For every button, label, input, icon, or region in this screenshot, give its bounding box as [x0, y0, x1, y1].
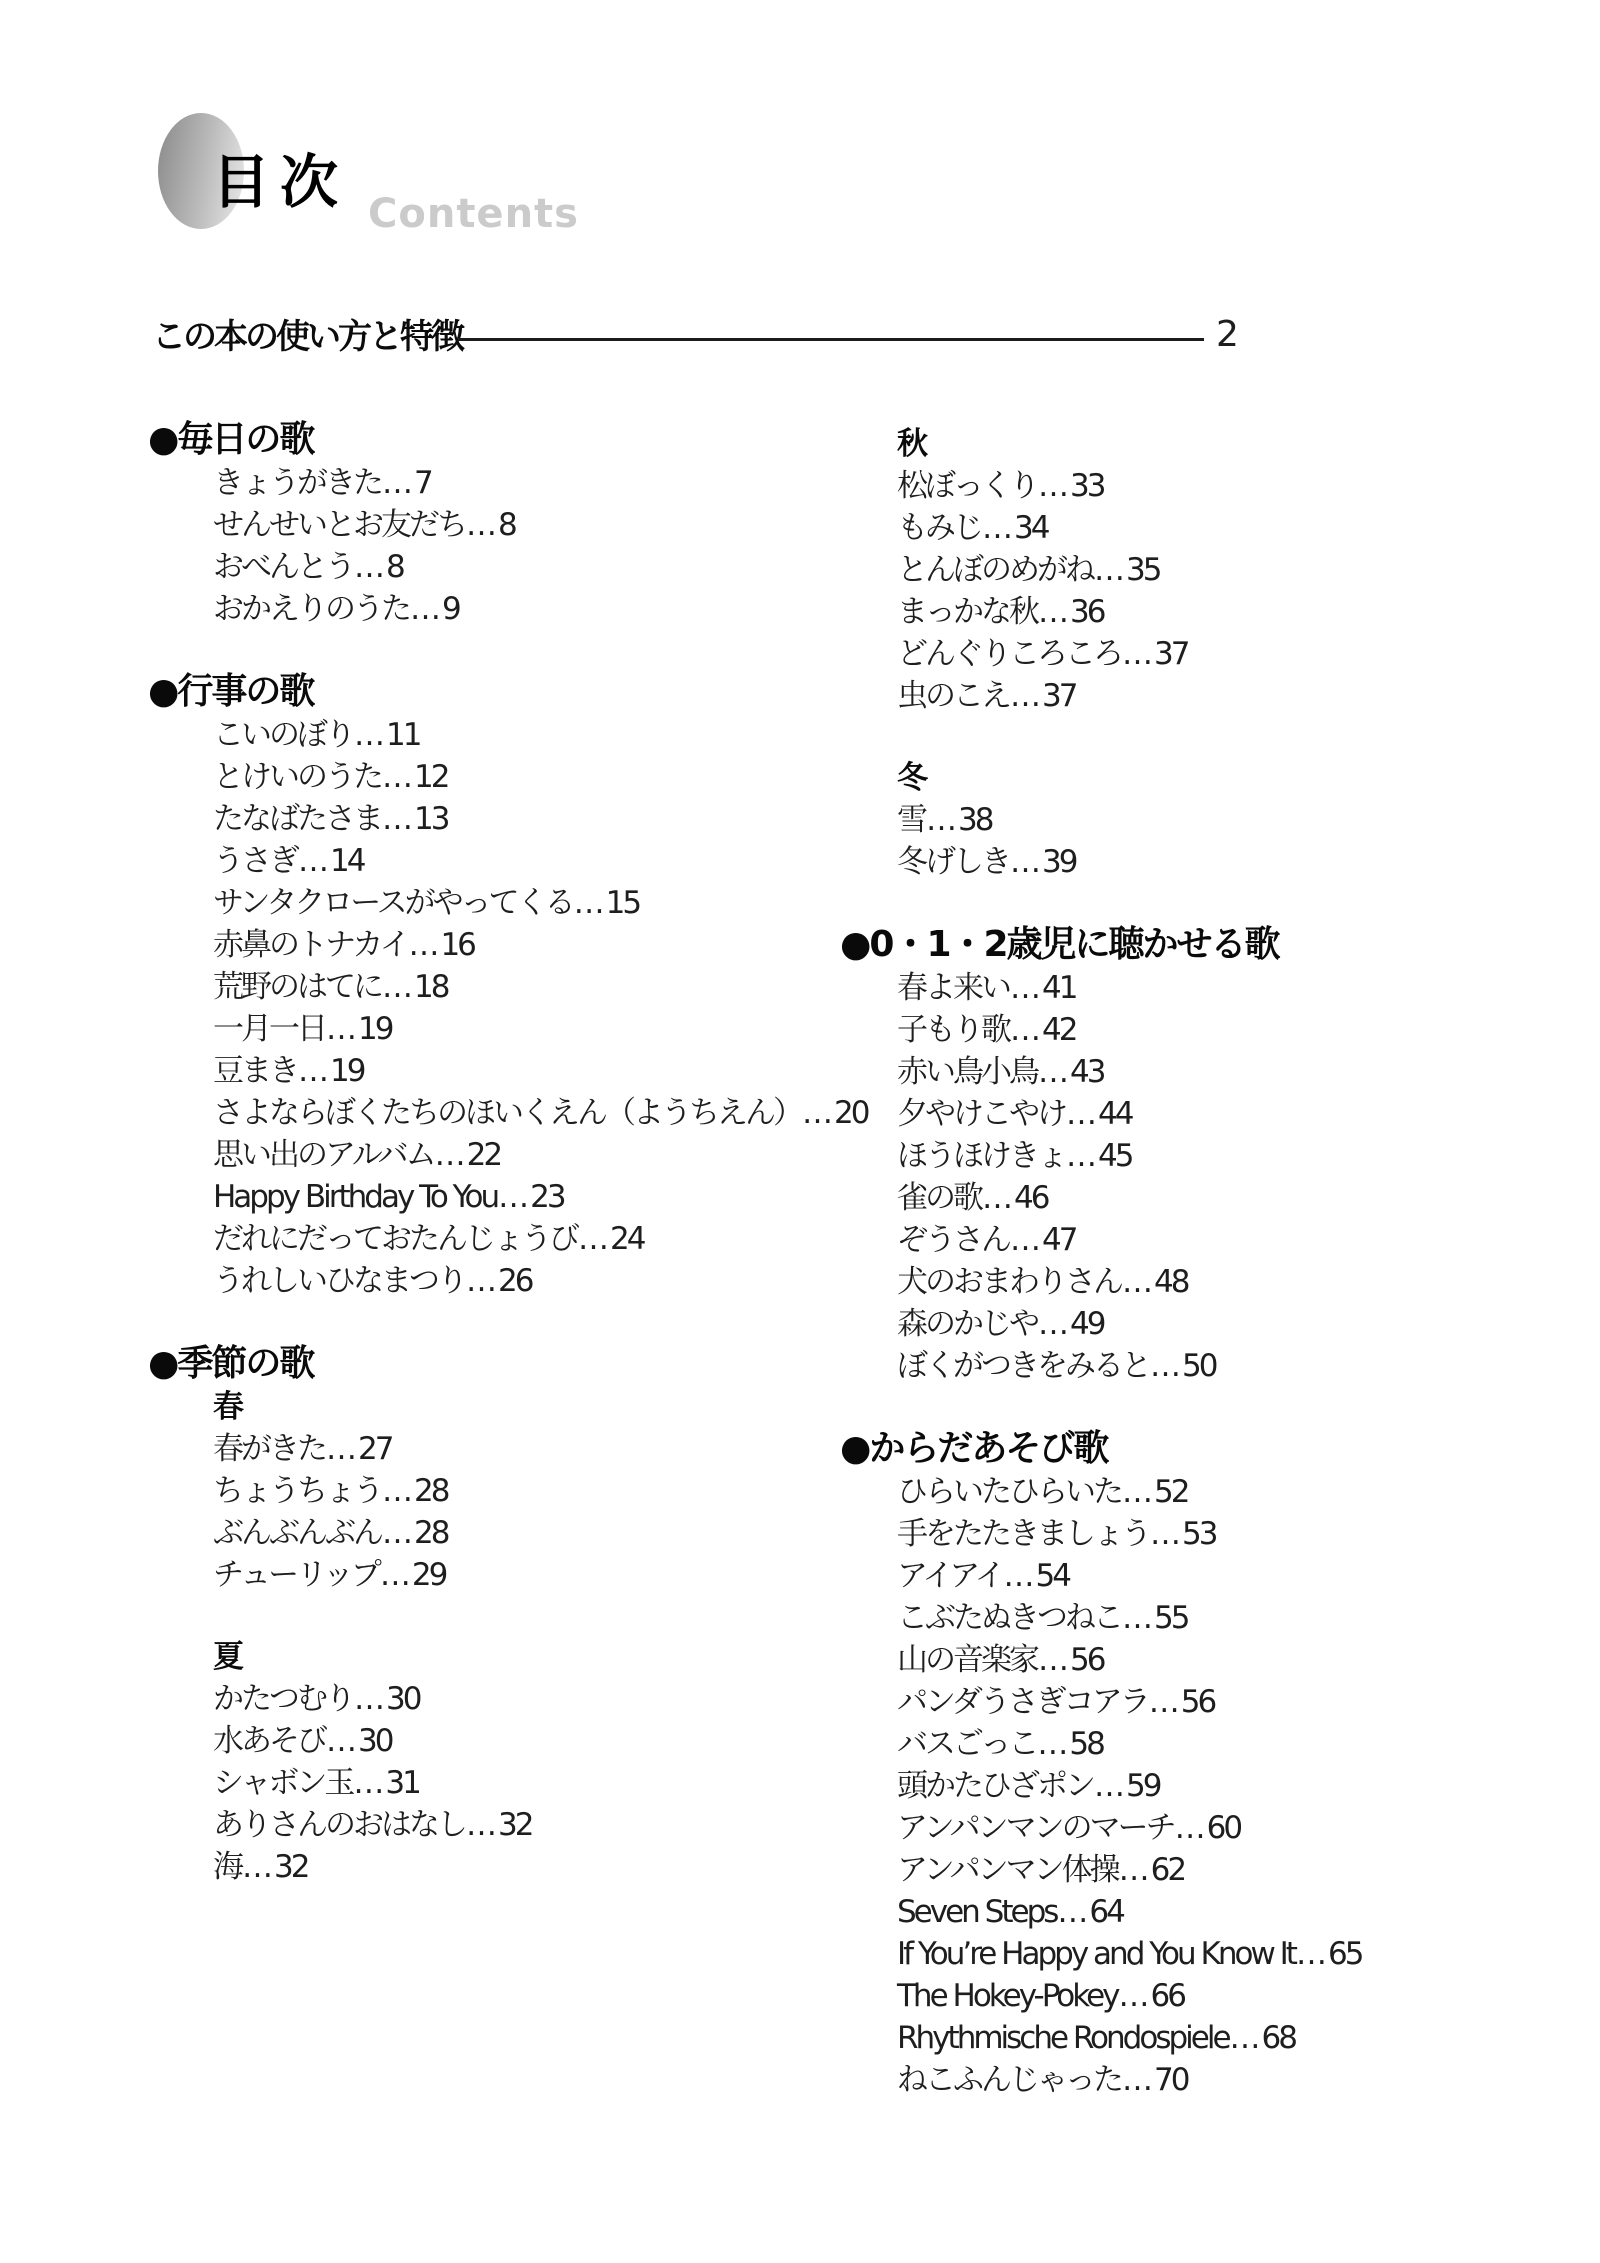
- ellipsis-separator: …: [382, 759, 413, 795]
- toc-entry: バスごっこ…58: [897, 1723, 1550, 1765]
- song-title: 海: [213, 1849, 241, 1885]
- ellipsis-separator: …: [1010, 1012, 1041, 1048]
- song-page-number: 8: [386, 549, 403, 585]
- toc-entry: ひらいたひらいた…52: [897, 1471, 1550, 1513]
- section-heading: ●毎日の歌: [148, 418, 858, 462]
- ellipsis-separator: …: [1119, 1852, 1150, 1888]
- song-page-number: 64: [1089, 1894, 1122, 1930]
- ellipsis-separator: …: [326, 1723, 357, 1759]
- toc-entry: きょうがきた…7: [213, 462, 858, 504]
- ellipsis-separator: …: [1175, 1810, 1206, 1846]
- song-page-number: 54: [1036, 1558, 1069, 1594]
- toc-entry: 手をたたきましょう…53: [897, 1513, 1550, 1555]
- ellipsis-separator: …: [354, 549, 385, 585]
- song-title: Seven Steps: [897, 1894, 1056, 1930]
- song-title: 冬げしき: [897, 844, 1009, 880]
- song-page-number: 52: [1154, 1474, 1187, 1510]
- song-title: こいのぼり: [213, 717, 353, 753]
- ellipsis-separator: …: [1057, 1894, 1088, 1930]
- season-subheading: 冬: [897, 757, 1550, 799]
- song-title: 夕やけこやけ: [897, 1096, 1065, 1132]
- ellipsis-separator: …: [982, 510, 1013, 546]
- song-page-number: 32: [498, 1807, 531, 1843]
- ellipsis-separator: …: [354, 1681, 385, 1717]
- song-page-number: 35: [1126, 552, 1159, 588]
- ellipsis-separator: …: [578, 1221, 609, 1257]
- song-title: うさぎ: [213, 843, 297, 879]
- ellipsis-separator: …: [498, 1179, 529, 1215]
- toc-entry: 荒野のはてに…18: [213, 966, 858, 1008]
- toc-entry: Rhythmische Rondospiele…68: [897, 2017, 1550, 2059]
- toc-entry: 虫のこえ…37: [897, 675, 1550, 717]
- song-title: ぞうさん: [897, 1222, 1009, 1258]
- toc-entry: うれしいひなまつり…26: [213, 1260, 858, 1302]
- song-title: 春よ来い: [897, 970, 1009, 1006]
- song-page-number: 30: [386, 1681, 419, 1717]
- song-title: せんせいとお友だち: [213, 507, 465, 543]
- toc-entry: おべんとう…8: [213, 546, 858, 588]
- ellipsis-separator: …: [382, 465, 413, 501]
- song-title: パンダうさぎコアラ: [897, 1684, 1148, 1720]
- song-title: 一月一日: [213, 1011, 325, 1047]
- song-page-number: 13: [414, 801, 447, 837]
- section-heading: ●からだあそび歌: [840, 1427, 1550, 1471]
- leader-line: [458, 338, 1204, 341]
- song-page-number: 24: [610, 1221, 643, 1257]
- song-title: アンパンマン体操: [897, 1852, 1118, 1888]
- toc-entry: If You’re Happy and You Know It…65: [897, 1933, 1550, 1975]
- ellipsis-separator: …: [1150, 1348, 1181, 1384]
- song-page-number: 50: [1182, 1348, 1215, 1384]
- toc-entry: とけいのうた…12: [213, 756, 858, 798]
- toc-section: ●毎日の歌きょうがきた…7せんせいとお友だち…8おべんとう…8おかえりのうた…9: [148, 418, 858, 630]
- toc-entry: 一月一日…19: [213, 1008, 858, 1050]
- toc-entry: The Hokey-Pokey…66: [897, 1975, 1550, 2017]
- toc-entry: もみじ…34: [897, 507, 1550, 549]
- ellipsis-separator: …: [382, 969, 413, 1005]
- toc-group: 春春がきた…27ちょうちょう…28ぶんぶんぶん…28チューリップ…29: [148, 1386, 858, 1596]
- toc-entry: ぼくがつきをみると…50: [897, 1345, 1550, 1387]
- song-title: どんぐりころころ: [897, 636, 1121, 672]
- song-title: チューリップ: [213, 1557, 379, 1593]
- song-title: だれにだっておたんじょうび: [213, 1221, 577, 1257]
- ellipsis-separator: …: [1038, 1054, 1069, 1090]
- page-title-english: Contents: [368, 192, 579, 236]
- ellipsis-separator: …: [1230, 2020, 1261, 2056]
- ellipsis-separator: …: [1296, 1936, 1327, 1972]
- song-title: 思い出のアルバム: [213, 1137, 434, 1173]
- song-page-number: 7: [414, 465, 431, 501]
- toc-entry: Seven Steps…64: [897, 1891, 1550, 1933]
- song-page-number: 23: [530, 1179, 563, 1215]
- song-page-number: 47: [1042, 1222, 1075, 1258]
- song-title: 水あそび: [213, 1723, 325, 1759]
- ellipsis-separator: …: [326, 1431, 357, 1467]
- intro-label: この本の使い方と特徴: [152, 317, 462, 357]
- ellipsis-separator: …: [353, 1765, 384, 1801]
- toc-entry: パンダうさぎコアラ…56: [897, 1681, 1550, 1723]
- song-title: きょうがきた: [213, 465, 381, 501]
- song-title: おかえりのうた: [213, 591, 409, 627]
- toc-entry: ありさんのおはなし…32: [213, 1804, 858, 1846]
- ellipsis-separator: …: [382, 801, 413, 837]
- song-page-number: 59: [1126, 1768, 1159, 1804]
- ellipsis-separator: …: [1122, 1600, 1153, 1636]
- toc-entry: 山の音楽家…56: [897, 1639, 1550, 1681]
- ellipsis-separator: …: [1038, 1642, 1069, 1678]
- song-title: サンタクロースがやってくる: [213, 885, 573, 921]
- toc-entry: ほうほけきょ…45: [897, 1135, 1550, 1177]
- toc-entry: 犬のおまわりさん…48: [897, 1261, 1550, 1303]
- toc-entry: 子もり歌…42: [897, 1009, 1550, 1051]
- toc-entry: 思い出のアルバム…22: [213, 1134, 858, 1176]
- section-heading: ●0・1・2歳児に聴かせる歌: [840, 923, 1550, 967]
- ellipsis-separator: …: [298, 843, 329, 879]
- ellipsis-separator: …: [466, 1263, 497, 1299]
- song-page-number: 66: [1151, 1978, 1184, 2014]
- toc-entry: かたつむり…30: [213, 1678, 858, 1720]
- ellipsis-separator: …: [982, 1180, 1013, 1216]
- toc-entry: アイアイ…54: [897, 1555, 1550, 1597]
- toc-entry: 冬げしき…39: [897, 841, 1550, 883]
- song-title: Rhythmische Rondospiele: [897, 2020, 1229, 2056]
- toc-entry: 豆まき…19: [213, 1050, 858, 1092]
- song-title: アンパンマンのマーチ: [897, 1810, 1174, 1846]
- song-page-number: 16: [440, 927, 473, 963]
- song-page-number: 19: [330, 1053, 363, 1089]
- ellipsis-separator: …: [802, 1095, 833, 1131]
- toc-section: ●からだあそび歌ひらいたひらいた…52手をたたきましょう…53アイアイ…54こぶ…: [840, 1427, 1550, 2101]
- toc-entry: 夕やけこやけ…44: [897, 1093, 1550, 1135]
- song-page-number: 32: [274, 1849, 307, 1885]
- ellipsis-separator: …: [1037, 1726, 1068, 1762]
- song-title: 頭かたひざポン: [897, 1768, 1093, 1804]
- song-title: 山の音楽家: [897, 1642, 1037, 1678]
- song-page-number: 22: [467, 1137, 500, 1173]
- toc-entry: 水あそび…30: [213, 1720, 858, 1762]
- toc-entry: チューリップ…29: [213, 1554, 858, 1596]
- ellipsis-separator: …: [1149, 1684, 1180, 1720]
- season-subheading: 春: [213, 1386, 858, 1428]
- toc-entry: ちょうちょう…28: [213, 1470, 858, 1512]
- toc-section: ●季節の歌春春がきた…27ちょうちょう…28ぶんぶんぶん…28チューリップ…29…: [148, 1342, 858, 1888]
- song-page-number: 37: [1042, 678, 1075, 714]
- song-page-number: 48: [1154, 1264, 1187, 1300]
- ellipsis-separator: …: [466, 1807, 497, 1843]
- ellipsis-separator: …: [1122, 636, 1153, 672]
- song-title: バスごっこ: [897, 1726, 1036, 1762]
- toc-entry: さよならぼくたちのほいくえん（ようちえん）…20: [213, 1092, 858, 1134]
- song-page-number: 19: [358, 1011, 391, 1047]
- ellipsis-separator: …: [1038, 468, 1069, 504]
- toc-column-left: ●毎日の歌きょうがきた…7せんせいとお友だち…8おべんとう…8おかえりのうた…9…: [148, 418, 858, 1888]
- season-subheading: 夏: [213, 1636, 858, 1678]
- ellipsis-separator: …: [382, 1515, 413, 1551]
- song-title: 雀の歌: [897, 1180, 981, 1216]
- song-title: さよならぼくたちのほいくえん（ようちえん）: [213, 1095, 801, 1131]
- song-page-number: 60: [1207, 1810, 1240, 1846]
- ellipsis-separator: …: [1038, 594, 1069, 630]
- song-title: ほうほけきょ: [897, 1138, 1065, 1174]
- song-title: 荒野のはてに: [213, 969, 381, 1005]
- toc-section: 秋松ぼっくり…33もみじ…34とんぼのめがね…35まっかな秋…36どんぐりころこ…: [840, 423, 1550, 717]
- ellipsis-separator: …: [1119, 1978, 1150, 2014]
- song-page-number: 46: [1014, 1180, 1047, 1216]
- song-page-number: 27: [358, 1431, 391, 1467]
- ellipsis-separator: …: [574, 885, 605, 921]
- toc-group: 秋松ぼっくり…33もみじ…34とんぼのめがね…35まっかな秋…36どんぐりころこ…: [840, 423, 1550, 717]
- song-page-number: 42: [1042, 1012, 1075, 1048]
- ellipsis-separator: …: [382, 1473, 413, 1509]
- song-title: 赤鼻のトナカイ: [213, 927, 407, 963]
- song-title: とんぼのめがね: [897, 552, 1093, 588]
- toc-entry: 松ぼっくり…33: [897, 465, 1550, 507]
- ellipsis-separator: …: [354, 717, 385, 753]
- song-title: ぼくがつきをみると: [897, 1348, 1149, 1384]
- season-subheading: 秋: [897, 423, 1550, 465]
- song-page-number: 41: [1042, 970, 1075, 1006]
- song-title: ちょうちょう: [213, 1473, 381, 1509]
- song-title: 森のかじや: [897, 1306, 1037, 1342]
- song-page-number: 11: [386, 717, 419, 753]
- song-page-number: 34: [1014, 510, 1047, 546]
- toc-group: こいのぼり…11とけいのうた…12たなばたさま…13うさぎ…14サンタクロースが…: [148, 714, 858, 1302]
- song-page-number: 33: [1070, 468, 1103, 504]
- ellipsis-separator: …: [410, 591, 441, 627]
- ellipsis-separator: …: [1094, 1768, 1125, 1804]
- toc-entry: まっかな秋…36: [897, 591, 1550, 633]
- toc-section: ●0・1・2歳児に聴かせる歌春よ来い…41子もり歌…42赤い鳥小鳥…43夕やけこ…: [840, 923, 1550, 1387]
- ellipsis-separator: …: [435, 1137, 466, 1173]
- toc-entry: 雪…38: [897, 799, 1550, 841]
- toc-group: ひらいたひらいた…52手をたたきましょう…53アイアイ…54こぶたぬきつねこ…5…: [840, 1471, 1550, 2101]
- toc-entry: こぶたぬきつねこ…55: [897, 1597, 1550, 1639]
- toc-entry: 頭かたひざポン…59: [897, 1765, 1550, 1807]
- song-title: 豆まき: [213, 1053, 297, 1089]
- song-title: If You’re Happy and You Know It: [897, 1936, 1295, 1972]
- song-title: 犬のおまわりさん: [897, 1264, 1121, 1300]
- ellipsis-separator: …: [926, 802, 957, 838]
- ellipsis-separator: …: [466, 507, 497, 543]
- toc-group: 春よ来い…41子もり歌…42赤い鳥小鳥…43夕やけこやけ…44ほうほけきょ…45…: [840, 967, 1550, 1387]
- toc-entry: ぞうさん…47: [897, 1219, 1550, 1261]
- song-page-number: 28: [414, 1473, 447, 1509]
- ellipsis-separator: …: [1066, 1138, 1097, 1174]
- toc-entry: アンパンマンのマーチ…60: [897, 1807, 1550, 1849]
- song-page-number: 56: [1181, 1684, 1214, 1720]
- song-title: とけいのうた: [213, 759, 381, 795]
- ellipsis-separator: …: [1038, 1306, 1069, 1342]
- song-page-number: 18: [414, 969, 447, 1005]
- toc-section: ●行事の歌こいのぼり…11とけいのうた…12たなばたさま…13うさぎ…14サンタ…: [148, 670, 858, 1302]
- section-heading: ●行事の歌: [148, 670, 858, 714]
- song-page-number: 15: [606, 885, 639, 921]
- song-page-number: 14: [330, 843, 363, 879]
- song-title: まっかな秋: [897, 594, 1037, 630]
- toc-entry: たなばたさま…13: [213, 798, 858, 840]
- song-page-number: 70: [1154, 2062, 1187, 2098]
- song-title: ぶんぶんぶん: [213, 1515, 381, 1551]
- toc-entry: どんぐりころころ…37: [897, 633, 1550, 675]
- ellipsis-separator: …: [1150, 1516, 1181, 1552]
- ellipsis-separator: …: [242, 1849, 273, 1885]
- toc-entry: 春がきた…27: [213, 1428, 858, 1470]
- song-page-number: 9: [442, 591, 459, 627]
- ellipsis-separator: …: [1004, 1558, 1035, 1594]
- song-page-number: 31: [385, 1765, 418, 1801]
- song-title: 雪: [897, 802, 925, 838]
- page-title: 目次: [212, 150, 348, 214]
- ellipsis-separator: …: [1010, 1222, 1041, 1258]
- ellipsis-separator: …: [1010, 844, 1041, 880]
- song-page-number: 36: [1070, 594, 1103, 630]
- song-page-number: 26: [498, 1263, 531, 1299]
- toc-entry: アンパンマン体操…62: [897, 1849, 1550, 1891]
- song-title: 手をたたきましょう: [897, 1516, 1149, 1552]
- song-page-number: 30: [358, 1723, 391, 1759]
- song-page-number: 55: [1154, 1600, 1187, 1636]
- song-title: 松ぼっくり: [897, 468, 1037, 504]
- song-title: たなばたさま: [213, 801, 381, 837]
- ellipsis-separator: …: [1010, 678, 1041, 714]
- song-page-number: 62: [1151, 1852, 1184, 1888]
- toc-group: 冬雪…38冬げしき…39: [840, 757, 1550, 883]
- song-title: こぶたぬきつねこ: [897, 1600, 1121, 1636]
- song-page-number: 45: [1098, 1138, 1131, 1174]
- song-page-number: 56: [1070, 1642, 1103, 1678]
- song-title: ひらいたひらいた: [897, 1474, 1121, 1510]
- toc-entry: 春よ来い…41: [897, 967, 1550, 1009]
- toc-section: 冬雪…38冬げしき…39: [840, 757, 1550, 883]
- ellipsis-separator: …: [326, 1011, 357, 1047]
- song-page-number: 43: [1070, 1054, 1103, 1090]
- song-title: おべんとう: [213, 549, 353, 585]
- song-title: シャボン玉: [213, 1765, 352, 1801]
- toc-entry: 雀の歌…46: [897, 1177, 1550, 1219]
- ellipsis-separator: …: [1122, 1264, 1153, 1300]
- ellipsis-separator: …: [408, 927, 439, 963]
- toc-entry: サンタクロースがやってくる…15: [213, 882, 858, 924]
- ellipsis-separator: …: [1094, 552, 1125, 588]
- toc-entry: シャボン玉…31: [213, 1762, 858, 1804]
- song-page-number: 29: [412, 1557, 445, 1593]
- song-title: かたつむり: [213, 1681, 353, 1717]
- song-page-number: 58: [1069, 1726, 1102, 1762]
- song-title: もみじ: [897, 510, 981, 546]
- toc-entry: こいのぼり…11: [213, 714, 858, 756]
- song-title: 子もり歌: [897, 1012, 1009, 1048]
- toc-entry: だれにだっておたんじょうび…24: [213, 1218, 858, 1260]
- ellipsis-separator: …: [1010, 970, 1041, 1006]
- toc-entry: おかえりのうた…9: [213, 588, 858, 630]
- song-page-number: 49: [1070, 1306, 1103, 1342]
- toc-entry: ねこふんじゃった…70: [897, 2059, 1550, 2101]
- song-page-number: 28: [414, 1515, 447, 1551]
- ellipsis-separator: …: [1066, 1096, 1097, 1132]
- ellipsis-separator: …: [1122, 2062, 1153, 2098]
- song-page-number: 12: [414, 759, 447, 795]
- song-title: ありさんのおはなし: [213, 1807, 465, 1843]
- song-title: うれしいひなまつり: [213, 1263, 465, 1299]
- song-page-number: 65: [1328, 1936, 1361, 1972]
- song-page-number: 68: [1262, 2020, 1295, 2056]
- song-page-number: 38: [958, 802, 991, 838]
- toc-column-right: 秋松ぼっくり…33もみじ…34とんぼのめがね…35まっかな秋…36どんぐりころこ…: [840, 423, 1550, 2101]
- song-page-number: 53: [1182, 1516, 1215, 1552]
- song-title: アイアイ: [897, 1558, 1003, 1594]
- toc-entry: とんぼのめがね…35: [897, 549, 1550, 591]
- toc-entry: 海…32: [213, 1846, 858, 1888]
- toc-group: 夏かたつむり…30水あそび…30シャボン玉…31ありさんのおはなし…32海…32: [148, 1636, 858, 1888]
- ellipsis-separator: …: [298, 1053, 329, 1089]
- song-title: 虫のこえ: [897, 678, 1009, 714]
- toc-entry: 赤鼻のトナカイ…16: [213, 924, 858, 966]
- toc-page: 目次 Contents この本の使い方と特徴 2 ●毎日の歌きょうがきた…7せん…: [0, 0, 1600, 2263]
- song-title: 赤い鳥小鳥: [897, 1054, 1037, 1090]
- song-title: 春がきた: [213, 1431, 325, 1467]
- song-page-number: 8: [498, 507, 515, 543]
- song-page-number: 39: [1042, 844, 1075, 880]
- song-title: ねこふんじゃった: [897, 2062, 1121, 2098]
- section-heading: ●季節の歌: [148, 1342, 858, 1386]
- toc-group: きょうがきた…7せんせいとお友だち…8おべんとう…8おかえりのうた…9: [148, 462, 858, 630]
- toc-entry: せんせいとお友だち…8: [213, 504, 858, 546]
- toc-entry: 森のかじや…49: [897, 1303, 1550, 1345]
- song-title: Happy Birthday To You: [213, 1179, 497, 1215]
- ellipsis-separator: …: [1122, 1474, 1153, 1510]
- song-page-number: 44: [1098, 1096, 1131, 1132]
- toc-entry: ぶんぶんぶん…28: [213, 1512, 858, 1554]
- toc-entry: うさぎ…14: [213, 840, 858, 882]
- song-page-number: 37: [1154, 636, 1187, 672]
- intro-page-number: 2: [1216, 314, 1239, 356]
- toc-entry: Happy Birthday To You…23: [213, 1176, 858, 1218]
- toc-entry: 赤い鳥小鳥…43: [897, 1051, 1550, 1093]
- ellipsis-separator: …: [380, 1557, 411, 1593]
- song-title: The Hokey-Pokey: [897, 1978, 1118, 2014]
